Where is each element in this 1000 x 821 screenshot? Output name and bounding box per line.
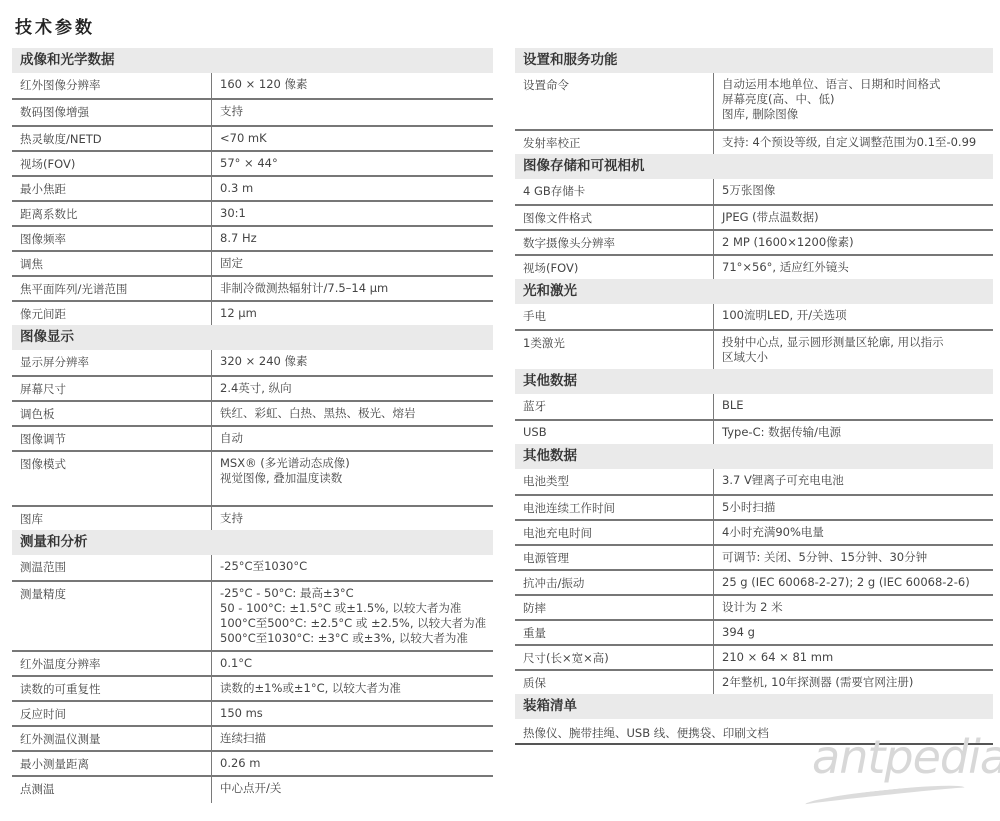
watermark-logo: antpedia [812,730,1000,784]
spec-label: 图库 [12,507,212,530]
spec-value: 5小时扫描 [714,496,993,519]
spec-label: 红外温度分辨率 [12,652,212,675]
spec-label: 反应时间 [12,702,212,725]
spec-label: 红外图像分辨率 [12,73,212,98]
spec-row: 点测温中心点开/关 [12,775,493,803]
spec-label: 调色板 [12,402,212,425]
spec-label: 最小焦距 [12,177,212,200]
spec-row: 4 GB存储卡5万张图像 [515,179,993,204]
spec-label: 1类激光 [515,331,714,369]
spec-row: 屏幕尺寸2.4英寸, 纵向 [12,375,493,400]
spec-value: 150 ms [212,702,493,725]
page-title: 技术参数 [15,13,95,38]
spec-label: 显示屏分辨率 [12,350,212,375]
spec-value: 0.1°C [212,652,493,675]
section-header: 设置和服务功能 [515,48,993,73]
spec-value: 0.26 m [212,752,493,775]
spec-row: 尺寸(长×宽×高)210 × 64 × 81 mm [515,644,993,669]
spec-value: 连续扫描 [212,727,493,750]
spec-row: 视场(FOV)57° × 44° [12,150,493,175]
spec-label: 像元间距 [12,302,212,325]
spec-label: 4 GB存储卡 [515,179,714,204]
spec-row: 抗冲击/振动25 g (IEC 60068-2-27); 2 g (IEC 60… [515,569,993,594]
section-header: 图像显示 [12,325,493,350]
spec-value: 2 MP (1600×1200像素) [714,231,993,254]
spec-value: 210 × 64 × 81 mm [714,646,993,669]
spec-label: 图像调节 [12,427,212,450]
spec-label: 调焦 [12,252,212,275]
spec-row: 测温范围-25°C至1030°C [12,555,493,580]
spec-row: 图像频率8.7 Hz [12,225,493,250]
spec-value: BLE [714,394,993,419]
spec-value: 2.4英寸, 纵向 [212,377,493,400]
section-header: 其他数据 [515,444,993,469]
spec-row: 1类激光投射中心点, 显示圆形测量区轮廓, 用以指示 区域大小 [515,329,993,369]
spec-row: 图库支持 [12,505,493,530]
spec-row: 调色板铁红、彩虹、白热、黑热、极光、熔岩 [12,400,493,425]
spec-value: 自动运用本地单位、语言、日期和时间格式 屏幕亮度(高、中、低) 图库, 删除图像 [714,73,993,129]
spec-value: 12 μm [212,302,493,325]
spec-label: 蓝牙 [515,394,714,419]
spec-row: 视场(FOV)71°×56°, 适应红外镜头 [515,254,993,279]
section-header: 光和激光 [515,279,993,304]
spec-value: 可调节: 关闭、5分钟、15分钟、30分钟 [714,546,993,569]
spec-label: 电池连续工作时间 [515,496,714,519]
spec-label: 视场(FOV) [12,152,212,175]
spec-value: 30:1 [212,202,493,225]
spec-row: 电源管理可调节: 关闭、5分钟、15分钟、30分钟 [515,544,993,569]
spec-label: 重量 [515,621,714,644]
spec-row: 质保2年整机, 10年探测器 (需要官网注册) [515,669,993,694]
spec-label: USB [515,421,714,444]
spec-label: 发射率校正 [515,131,714,154]
spec-row: 测量精度-25°C - 50°C: 最高±3°C 50 - 100°C: ±1.… [12,580,493,650]
spec-row: 数码图像增强支持 [12,98,493,125]
spec-label: 图像文件格式 [515,206,714,229]
spec-row: 重量394 g [515,619,993,644]
spec-row: 设置命令自动运用本地单位、语言、日期和时间格式 屏幕亮度(高、中、低) 图库, … [515,73,993,129]
spec-row: 调焦固定 [12,250,493,275]
spec-label: 距离系数比 [12,202,212,225]
spec-label: 数码图像增强 [12,100,212,125]
spec-row: 读数的可重复性读数的±1%或±1°C, 以较大者为准 [12,675,493,700]
spec-row: 发射率校正支持: 4个预设等级, 自定义调整范围为0.1至-0.99 [515,129,993,154]
spec-value: 设计为 2 米 [714,596,993,619]
spec-row: 反应时间150 ms [12,700,493,725]
spec-label: 测温范围 [12,555,212,580]
spec-value: 25 g (IEC 60068-2-27); 2 g (IEC 60068-2-… [714,571,993,594]
section-header: 装箱清单 [515,694,993,719]
spec-row: 最小测量距离0.26 m [12,750,493,775]
spec-row: 蓝牙BLE [515,394,993,419]
spec-row: 像元间距12 μm [12,300,493,325]
spec-value: -25°C - 50°C: 最高±3°C 50 - 100°C: ±1.5°C … [212,582,493,650]
spec-value: 中心点开/关 [212,777,493,803]
spec-value: 0.3 m [212,177,493,200]
spec-row: 图像模式MSX® (多光谱动态成像) 视觉图像, 叠加温度读数 [12,450,493,505]
spec-value: JPEG (带点温数据) [714,206,993,229]
spec-value: 铁红、彩虹、白热、黑热、极光、熔岩 [212,402,493,425]
spec-value: 非制冷微测热辐射计/7.5–14 μm [212,277,493,300]
spec-value: -25°C至1030°C [212,555,493,580]
spec-row: 数字摄像头分辨率2 MP (1600×1200像素) [515,229,993,254]
spec-label: 设置命令 [515,73,714,129]
spec-value: 71°×56°, 适应红外镜头 [714,256,993,279]
section-header: 其他数据 [515,369,993,394]
spec-value: MSX® (多光谱动态成像) 视觉图像, 叠加温度读数 [212,452,493,505]
spec-label: 屏幕尺寸 [12,377,212,400]
spec-label: 电源管理 [515,546,714,569]
spec-value: 3.7 V锂离子可充电电池 [714,469,993,494]
spec-value: 394 g [714,621,993,644]
spec-value: 支持 [212,100,493,125]
spec-row: 电池连续工作时间5小时扫描 [515,494,993,519]
spec-value: 100流明LED, 开/关选项 [714,304,993,329]
spec-value: 固定 [212,252,493,275]
spec-label: 红外测温仪测量 [12,727,212,750]
spec-row: 红外温度分辨率0.1°C [12,650,493,675]
section-header: 成像和光学数据 [12,48,493,73]
spec-row: 焦平面阵列/光谱范围非制冷微测热辐射计/7.5–14 μm [12,275,493,300]
spec-label: 电池类型 [515,469,714,494]
spec-label: 图像频率 [12,227,212,250]
spec-row: 电池充电时间4小时充满90%电量 [515,519,993,544]
spec-row: 电池类型3.7 V锂离子可充电电池 [515,469,993,494]
spec-row: 手电100流明LED, 开/关选项 [515,304,993,329]
spec-label: 图像模式 [12,452,212,505]
spec-value: <70 mK [212,127,493,150]
spec-row: 距离系数比30:1 [12,200,493,225]
spec-row: USBType-C: 数据传输/电源 [515,419,993,444]
spec-value: 投射中心点, 显示圆形测量区轮廓, 用以指示 区域大小 [714,331,993,369]
spec-value: 2年整机, 10年探测器 (需要官网注册) [714,671,993,694]
spec-label: 防摔 [515,596,714,619]
spec-label: 点测温 [12,777,212,803]
spec-label: 尺寸(长×宽×高) [515,646,714,669]
section-header: 测量和分析 [12,530,493,555]
spec-value: 自动 [212,427,493,450]
spec-label: 焦平面阵列/光谱范围 [12,277,212,300]
spec-label: 数字摄像头分辨率 [515,231,714,254]
spec-value: 8.7 Hz [212,227,493,250]
spec-value: 支持 [212,507,493,530]
spec-row: 图像文件格式JPEG (带点温数据) [515,204,993,229]
spec-label: 手电 [515,304,714,329]
spec-label: 读数的可重复性 [12,677,212,700]
spec-row: 热灵敏度/NETD<70 mK [12,125,493,150]
spec-value: 4小时充满90%电量 [714,521,993,544]
spec-value: 支持: 4个预设等级, 自定义调整范围为0.1至-0.99 [714,131,993,154]
spec-label: 视场(FOV) [515,256,714,279]
spec-label: 电池充电时间 [515,521,714,544]
spec-value: 5万张图像 [714,179,993,204]
spec-value: 160 × 120 像素 [212,73,493,98]
spec-row: 最小焦距0.3 m [12,175,493,200]
right-spec-column: 设置和服务功能设置命令自动运用本地单位、语言、日期和时间格式 屏幕亮度(高、中、… [515,48,993,745]
spec-row: 红外图像分辨率160 × 120 像素 [12,73,493,98]
spec-row: 显示屏分辨率320 × 240 像素 [12,350,493,375]
spec-label: 热灵敏度/NETD [12,127,212,150]
spec-row: 红外测温仪测量连续扫描 [12,725,493,750]
left-spec-column: 成像和光学数据红外图像分辨率160 × 120 像素数码图像增强支持热灵敏度/N… [12,48,493,803]
spec-label: 测量精度 [12,582,212,650]
spec-value: 320 × 240 像素 [212,350,493,375]
section-header: 图像存储和可视相机 [515,154,993,179]
watermark-swoosh-icon [805,782,965,811]
spec-value: Type-C: 数据传输/电源 [714,421,993,444]
spec-row: 防摔设计为 2 米 [515,594,993,619]
spec-row: 图像调节自动 [12,425,493,450]
spec-value: 读数的±1%或±1°C, 以较大者为准 [212,677,493,700]
spec-label: 最小测量距离 [12,752,212,775]
spec-label: 抗冲击/振动 [515,571,714,594]
spec-label: 质保 [515,671,714,694]
spec-value: 57° × 44° [212,152,493,175]
